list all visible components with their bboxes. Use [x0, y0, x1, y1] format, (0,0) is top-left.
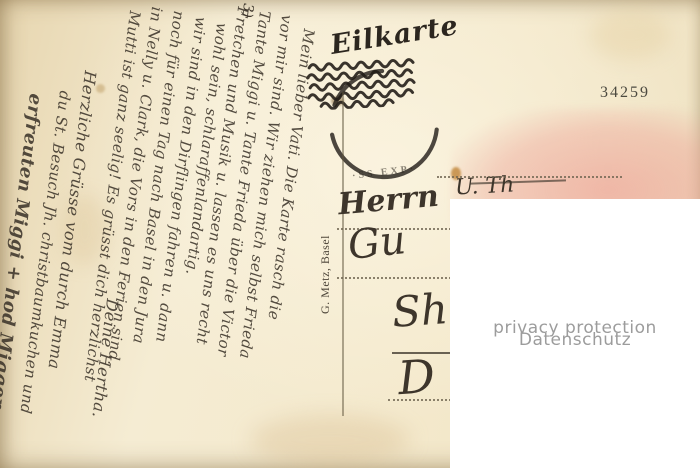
address-salutation: Herrn [337, 179, 441, 223]
publisher-imprint: G. Metz, Basel [318, 235, 333, 314]
address-dotted-line [337, 277, 451, 279]
address-handwriting-fragment: Sh [390, 284, 449, 337]
address-handwriting-fragment: Gu [346, 217, 408, 269]
address-handwriting-fragment: D [396, 349, 437, 405]
privacy-overlay-text-de: Datenschutz [519, 333, 631, 347]
address-dotted-line [388, 399, 451, 401]
catalog-number: 34259 [600, 84, 650, 102]
privacy-overlay: privacy protection Datenschutz [450, 199, 700, 468]
paper-stain [250, 415, 410, 465]
paper-stain [590, 10, 670, 60]
postcard-divider-line [342, 92, 344, 416]
address-dotted-line [437, 176, 622, 178]
postcard-scan: 34259 Eilkarte ·SS EXP· G. Metz, Basel H… [0, 0, 700, 468]
eilkarte-handwriting: Eilkarte [328, 10, 460, 61]
